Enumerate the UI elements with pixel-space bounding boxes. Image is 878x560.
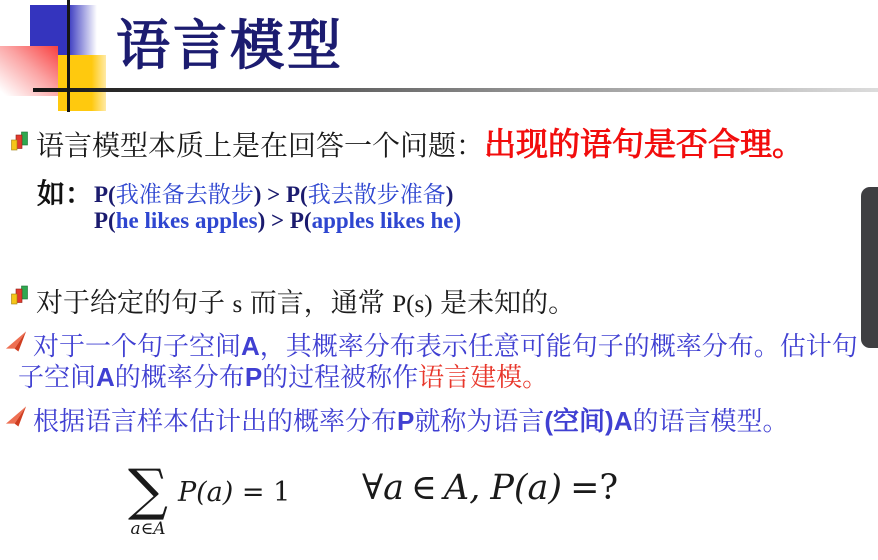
formula-segment: ): [446, 182, 454, 207]
formula-segment: ) > P(: [258, 208, 312, 233]
bar-chart-icon: [10, 285, 31, 312]
formula-segment: =?: [570, 468, 618, 508]
formula-segment: ): [453, 208, 461, 233]
slide-title: 语言模型: [116, 18, 344, 74]
bullet-4-text: 就称为语言: [414, 406, 544, 436]
bullet-2-text: 对于给定的句子: [36, 288, 233, 318]
title-underline: [33, 88, 878, 92]
sigma-block: ∑ a∈A: [128, 460, 168, 538]
example-formula-cn: P(我准备去散步) > P(我去散步准备): [94, 176, 453, 209]
formula-segment: 我准备去散步: [116, 182, 254, 207]
formula-segment: apples likes he: [312, 208, 454, 233]
bullet-4-text: 的语言模型。: [632, 406, 788, 436]
bullet-3-text: 的概率分布: [115, 362, 245, 392]
bullet-3-text: 子空间: [18, 362, 96, 392]
bullet-1-highlight: 出现的语句是否合理。: [484, 126, 804, 162]
formula-segment: P(: [94, 208, 116, 233]
math-inline: P(s): [392, 291, 432, 318]
bullet-1: 语言模型本质上是在回答一个问题：出现的语句是否合理。: [36, 126, 804, 164]
formula-forall: ∀a∈A,P(a)=?: [362, 468, 618, 508]
formula-segment: ) > P(: [254, 182, 308, 207]
arrow-dart-icon: [5, 404, 28, 433]
bullet-3-var: P: [245, 362, 262, 392]
decor-yellow-square: [58, 55, 106, 111]
forall-symbol: ∀: [362, 468, 383, 508]
formula-segment: 我去散步准备: [308, 182, 446, 207]
bullet-2-text: 是未知的。: [433, 288, 576, 318]
bullet-4-var: (空间)A: [544, 406, 632, 436]
bullet-3-term: 语言建模。: [418, 362, 548, 392]
bullet-2: 对于给定的句子 s 而言，通常 P(s) 是未知的。: [36, 281, 575, 320]
bullet-4: 根据语言样本估计出的概率分布P就称为语言(空间)A的语言模型。: [33, 401, 788, 438]
formula-segment: he likes apples: [116, 208, 258, 233]
formula-segment: a: [383, 468, 404, 508]
bullet-4-text: 根据语言样本估计出的概率分布: [33, 406, 397, 436]
sigma-subscript: a∈A: [130, 520, 165, 538]
formula-segment: P(a): [178, 477, 233, 508]
slide-root: 语言模型 语言模型本质上是在回答一个问题：出现的语句是否合理。 如： P(我准备…: [0, 0, 878, 560]
sum-expression: P(a) = 1: [178, 477, 290, 508]
bullet-1-text: 语言模型本质上是在回答一个问题：: [36, 130, 484, 161]
sigma-symbol: ∑: [128, 460, 168, 522]
formula-segment: P(: [94, 182, 116, 207]
bullet-3-var: A: [96, 362, 115, 392]
example-formula-en: P(he likes apples) > P(apples likes he): [94, 208, 461, 234]
formula-sum: ∑ a∈A P(a) = 1: [128, 460, 290, 538]
bar-chart-icon: [10, 131, 31, 158]
decor-vertical-line: [67, 0, 70, 112]
formula-segment: P(a): [490, 468, 562, 508]
arrow-dart-icon: [5, 329, 28, 358]
formula-segment: A,: [444, 468, 480, 508]
formula-segment: = 1: [233, 477, 290, 508]
example-label: 如：: [37, 172, 93, 212]
element-of-symbol: ∈: [411, 468, 437, 508]
bullet-3-text: 的过程被称作: [262, 362, 418, 392]
math-inline: s: [233, 291, 243, 318]
scrollbar-thumb[interactable]: [861, 187, 878, 348]
bullet-3-line-2: 子空间A的概率分布P的过程被称作语言建模。: [18, 357, 548, 394]
bullet-4-var: P: [397, 406, 414, 436]
bullet-2-text: 而言，通常: [242, 288, 392, 318]
